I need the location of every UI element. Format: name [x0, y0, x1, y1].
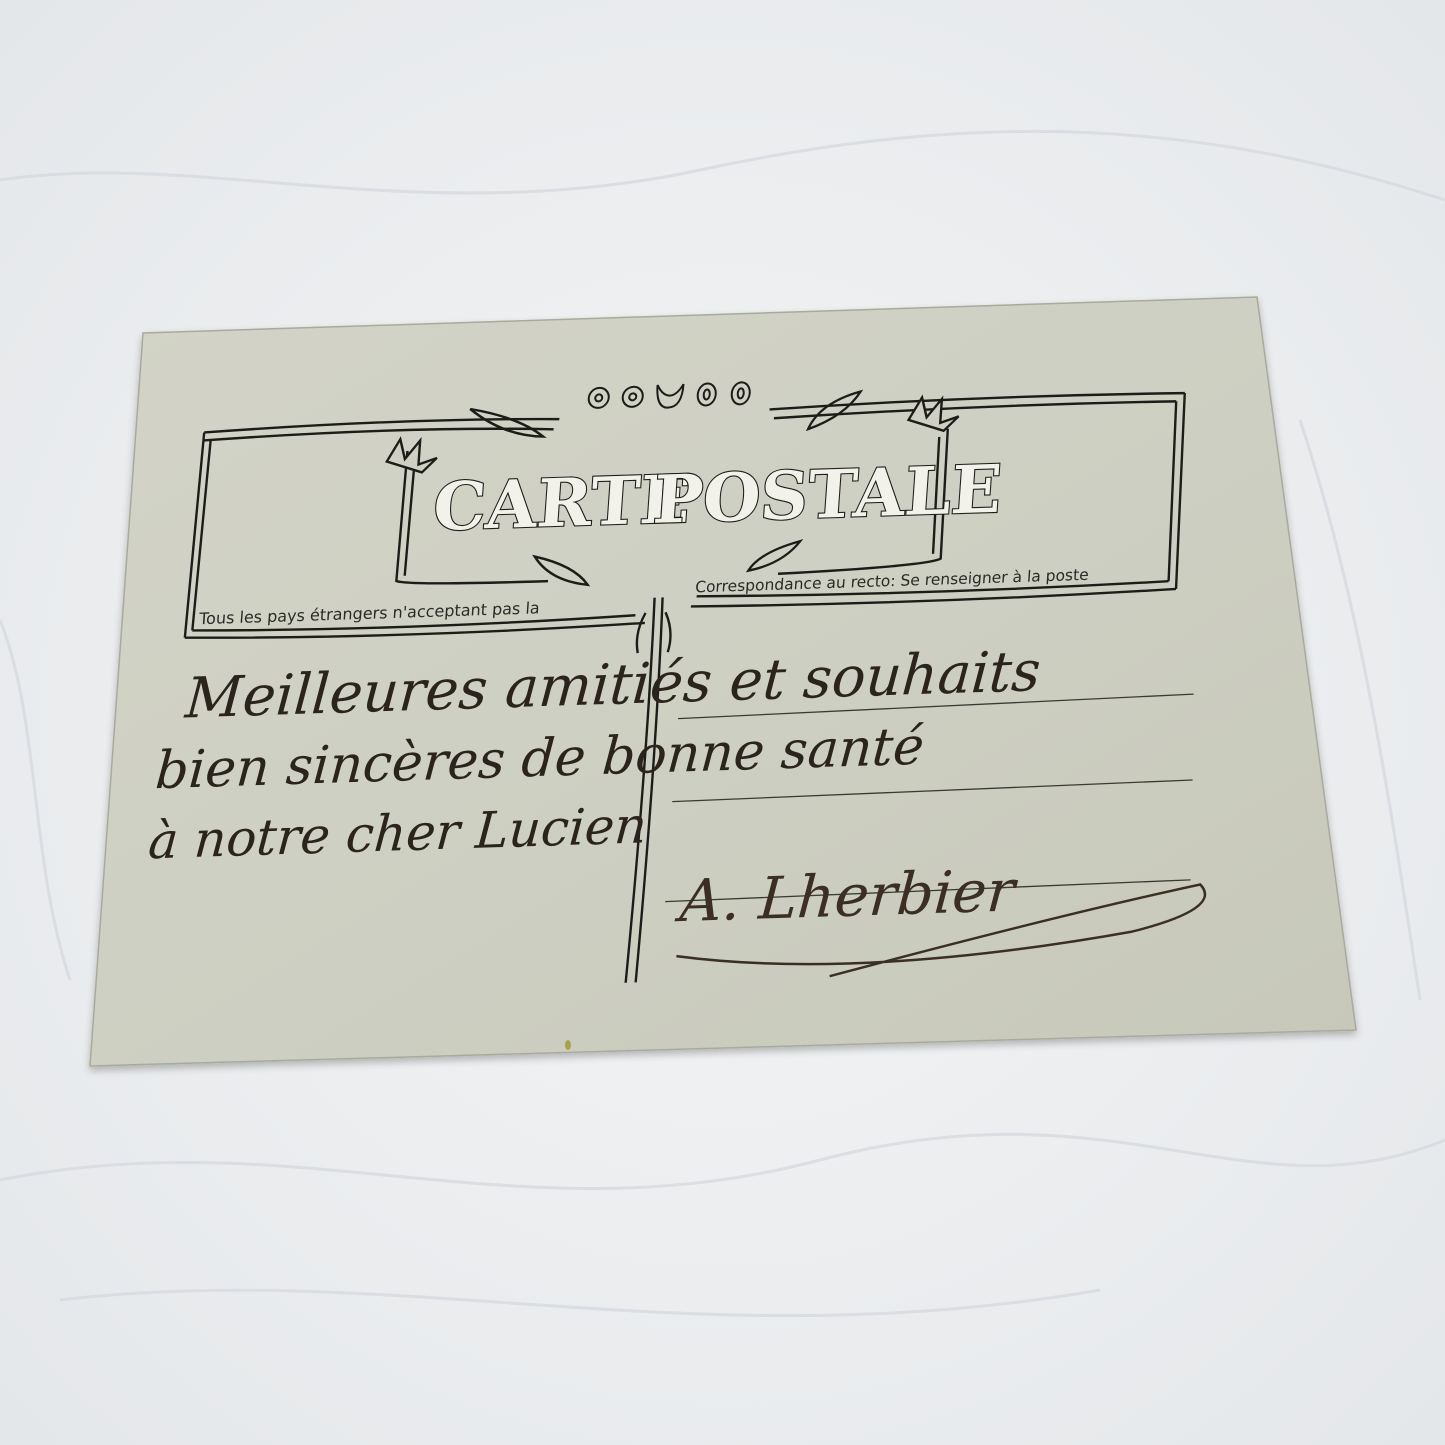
signature: A. Lherbier — [673, 856, 1020, 935]
stain-speck — [565, 1040, 571, 1050]
card-title-postale: POSTALE — [651, 450, 1005, 539]
postcard-scene: CARTE POSTALE Tous les pays étrangers n'… — [0, 0, 1445, 1445]
